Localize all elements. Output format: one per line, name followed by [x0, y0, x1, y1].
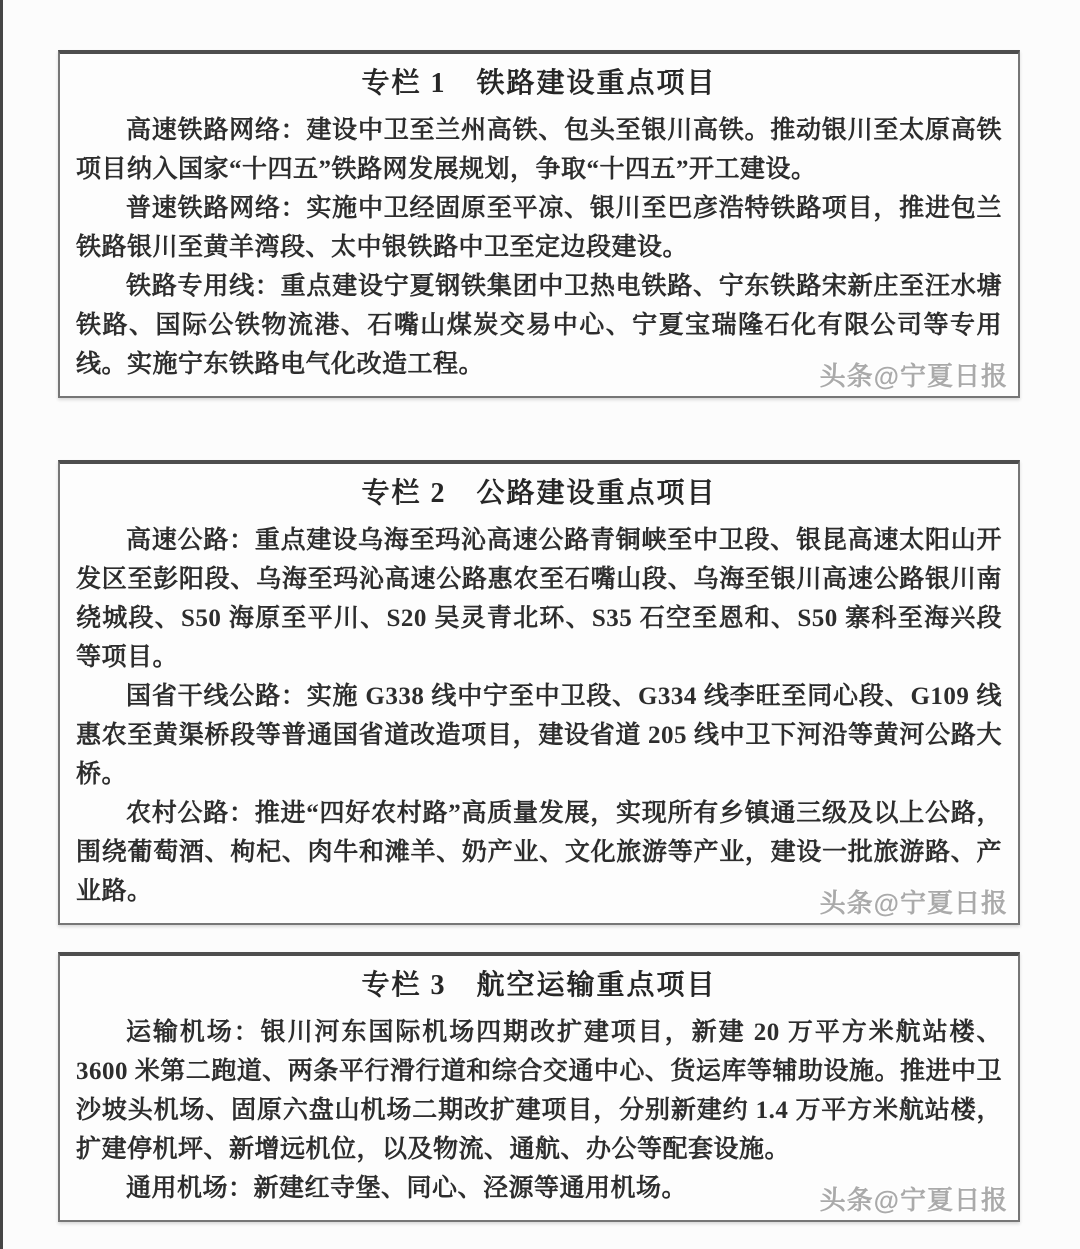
railway-paragraph-highspeed: 高速铁路网络：建设中卫至兰州高铁、包头至银川高铁。推动银川至太原高铁项目纳入国家…: [76, 111, 1002, 189]
watermark-label: 头条@宁夏日报: [820, 1180, 1008, 1217]
panel-highway-projects: 专栏 2 公路建设重点项目 高速公路：重点建设乌海至玛沁高速公路青铜峡至中卫段、…: [58, 460, 1020, 925]
watermark-label: 头条@宁夏日报: [820, 883, 1008, 920]
scan-edge-line: [0, 0, 3, 1249]
panel-aviation-projects: 专栏 3 航空运输重点项目 运输机场：银川河东国际机场四期改扩建项目，新建 20…: [58, 952, 1020, 1222]
panel-railway-projects: 专栏 1 铁路建设重点项目 高速铁路网络：建设中卫至兰州高铁、包头至银川高铁。推…: [58, 50, 1020, 398]
highway-paragraph-expressways: 高速公路：重点建设乌海至玛沁高速公路青铜峡至中卫段、银昆高速太阳山开发区至彭阳段…: [76, 521, 1002, 677]
panel-railway-title: 专栏 1 铁路建设重点项目: [76, 64, 1002, 104]
panel-aviation-title: 专栏 3 航空运输重点项目: [76, 966, 1002, 1006]
railway-paragraph-conventional: 普速铁路网络：实施中卫经固原至平凉、银川至巴彦浩特铁路项目，推进包兰铁路银川至黄…: [76, 189, 1002, 267]
panel-highway-title: 专栏 2 公路建设重点项目: [76, 474, 1002, 514]
aviation-paragraph-transport-airports: 运输机场：银川河东国际机场四期改扩建项目，新建 20 万平方米航站楼、3600 …: [76, 1013, 1002, 1169]
watermark-label: 头条@宁夏日报: [820, 356, 1008, 393]
highway-paragraph-national-provincial: 国省干线公路：实施 G338 线中宁至中卫段、G334 线李旺至同心段、G109…: [76, 677, 1002, 794]
